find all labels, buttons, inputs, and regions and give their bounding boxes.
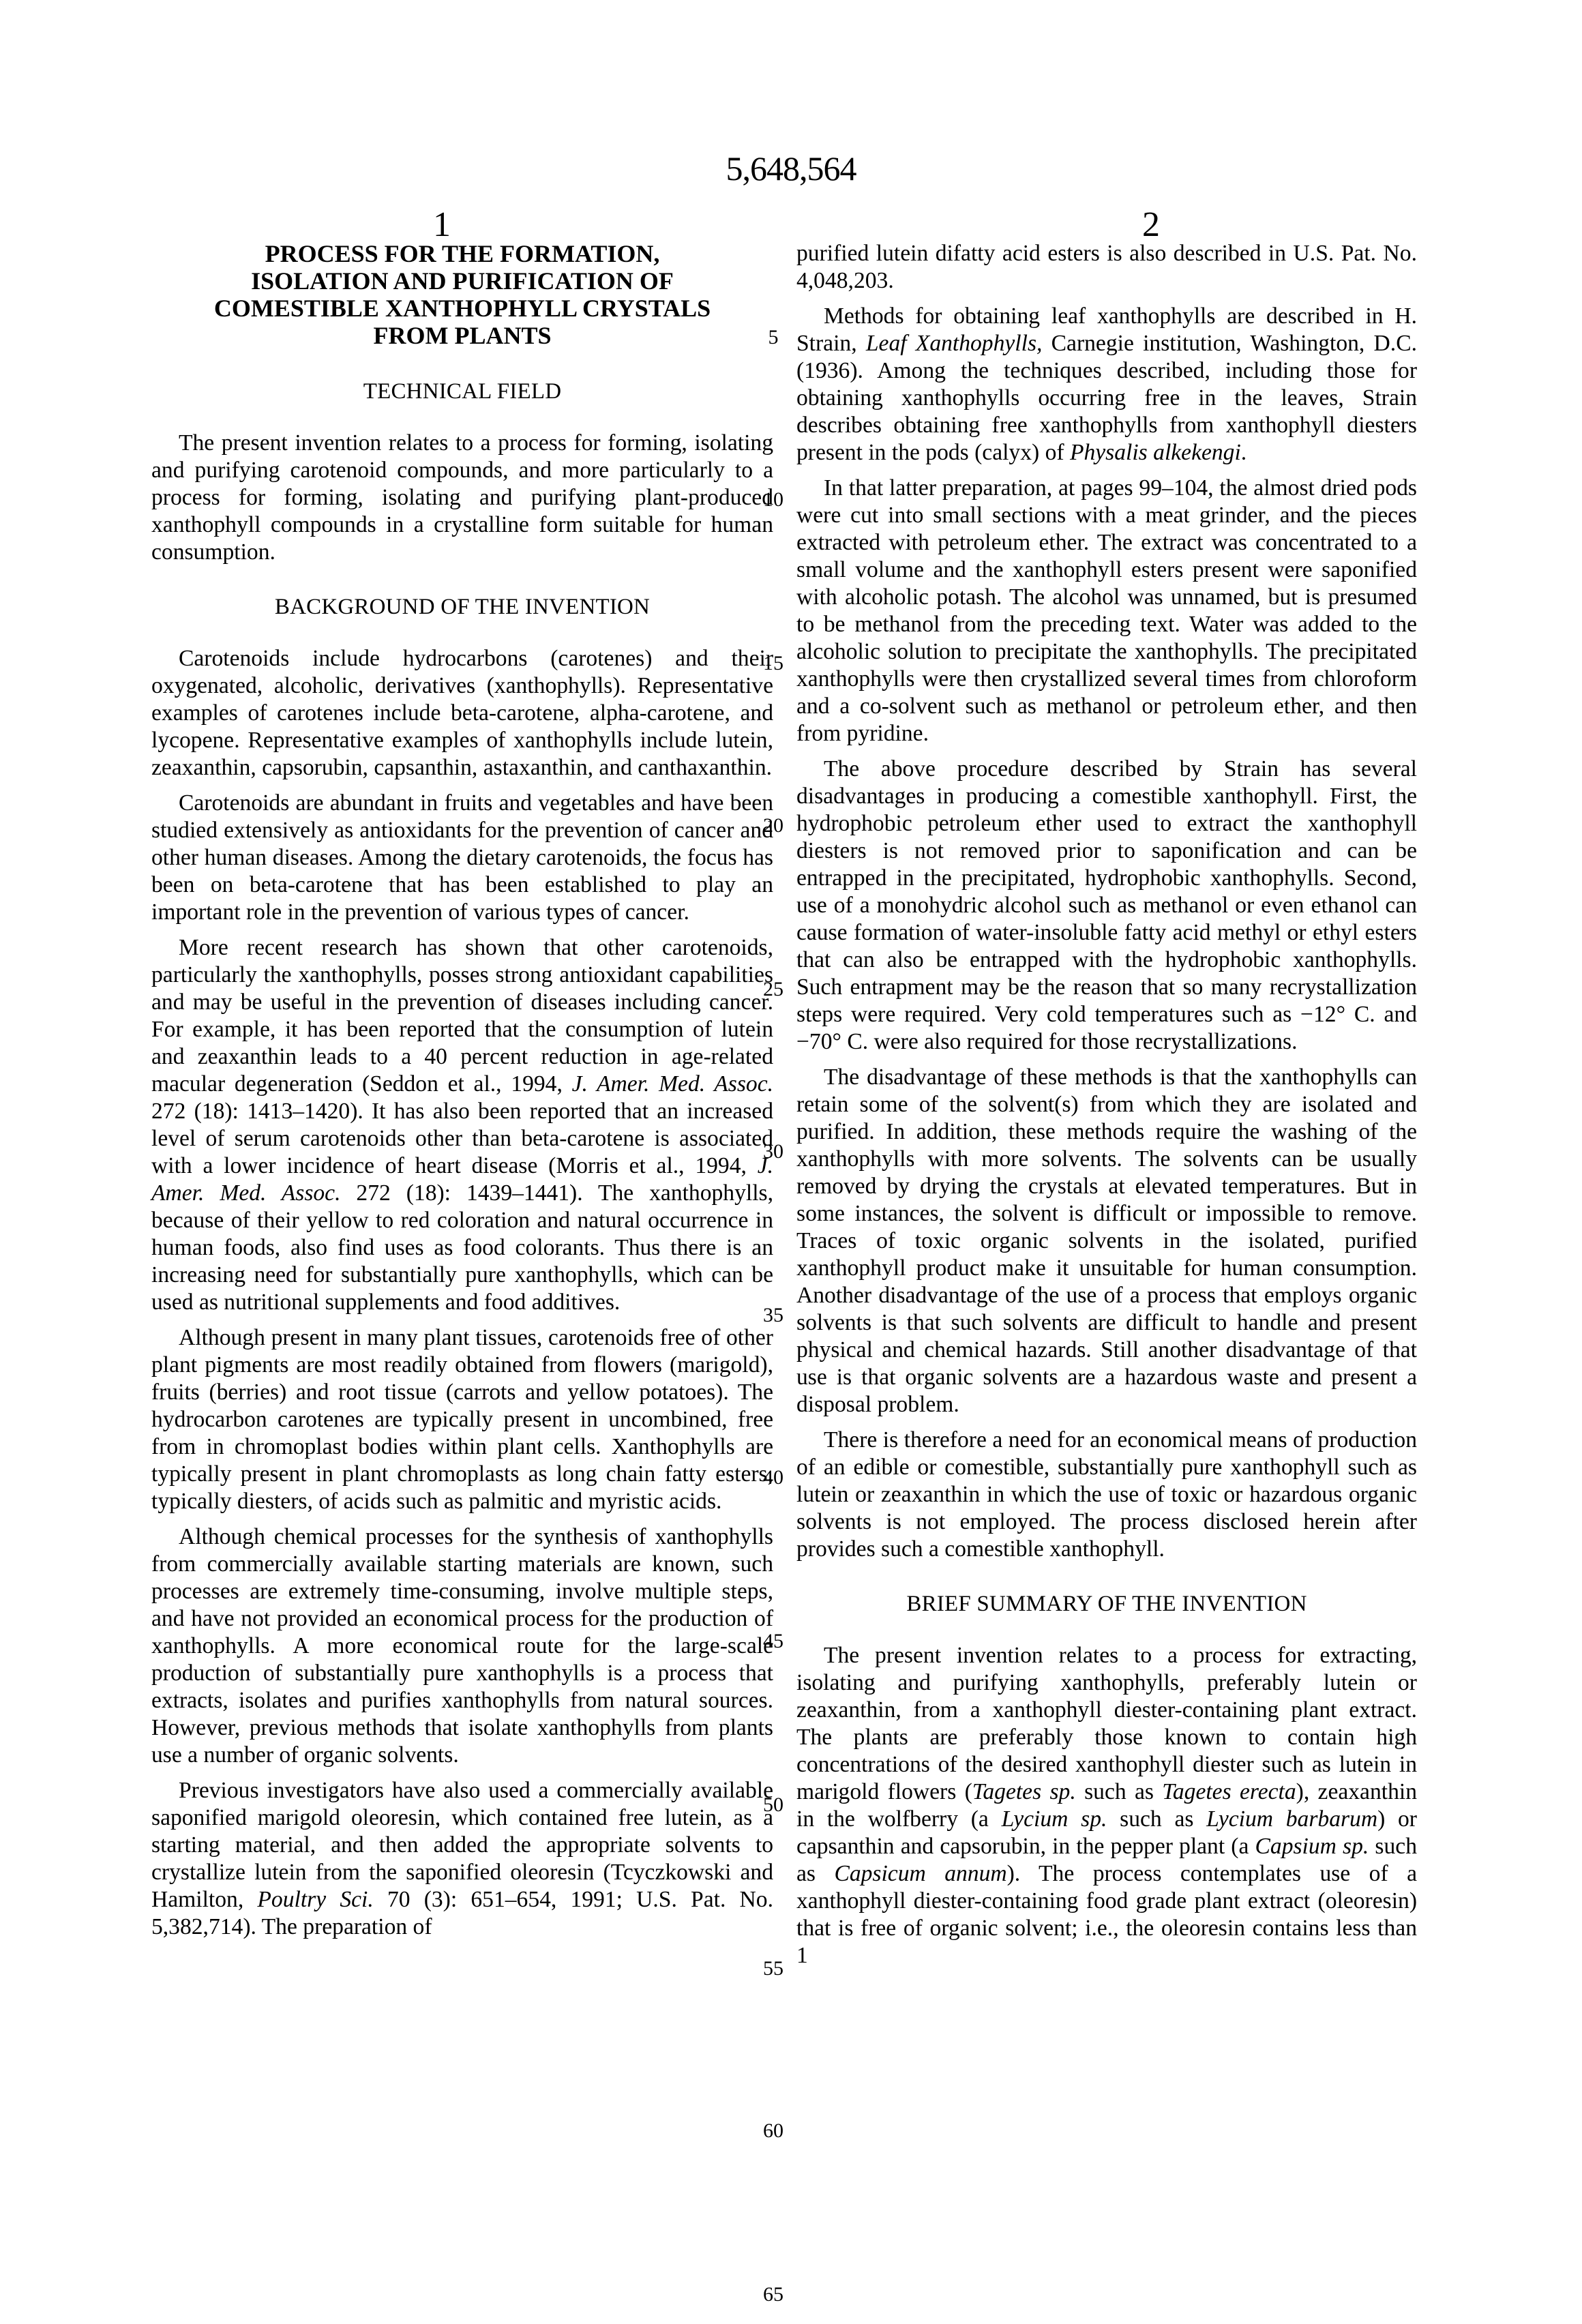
book-title: Leaf Xanthophylls, bbox=[866, 331, 1043, 356]
title-line: FROM PLANTS bbox=[151, 322, 773, 349]
title-line: ISOLATION AND PURIFICATION OF bbox=[151, 267, 773, 295]
line-number: 25 bbox=[758, 978, 788, 1001]
line-number: 35 bbox=[758, 1304, 788, 1327]
line-number: 65 bbox=[758, 2283, 788, 2306]
line-number: 15 bbox=[758, 652, 788, 675]
patent-number: 5,648,564 bbox=[0, 149, 1582, 188]
text-run: such as bbox=[1076, 1779, 1163, 1804]
species-name: Physalis alkekengi bbox=[1070, 440, 1241, 465]
title-line: COMESTIBLE XANTHOPHYLL CRYSTALS bbox=[151, 295, 773, 322]
technical-field-paragraph: The present invention relates to a proce… bbox=[151, 430, 773, 566]
line-number: 10 bbox=[758, 488, 788, 511]
body-paragraph: The above procedure described by Strain … bbox=[796, 756, 1417, 1056]
line-number: 45 bbox=[758, 1630, 788, 1653]
body-paragraph: There is therefore a need for an economi… bbox=[796, 1427, 1417, 1563]
line-number: 20 bbox=[758, 814, 788, 837]
technical-field-heading: TECHNICAL FIELD bbox=[151, 378, 773, 405]
column-number-left: 1 bbox=[421, 205, 462, 245]
species-name: Capsium sp. bbox=[1255, 1834, 1369, 1859]
body-paragraph: Methods for obtaining leaf xanthophylls … bbox=[796, 303, 1417, 466]
text-run: . bbox=[1241, 440, 1247, 465]
species-name: Tagetes erecta bbox=[1162, 1779, 1296, 1804]
line-number: 40 bbox=[758, 1466, 788, 1489]
species-name: Lycium barbarum bbox=[1206, 1806, 1377, 1832]
line-number: 50 bbox=[758, 1793, 788, 1817]
species-name: Tagetes sp. bbox=[972, 1779, 1076, 1804]
species-name: Lycium sp. bbox=[1002, 1806, 1107, 1832]
right-column: purified lutein difatty acid esters is a… bbox=[796, 240, 1417, 1978]
body-paragraph: In that latter preparation, at pages 99–… bbox=[796, 475, 1417, 747]
background-heading: BACKGROUND OF THE INVENTION bbox=[151, 593, 773, 621]
line-number: 30 bbox=[758, 1140, 788, 1163]
background-paragraph: Although chemical processes for the synt… bbox=[151, 1523, 773, 1769]
journal-citation: J. Amer. Med. Assoc. bbox=[572, 1071, 773, 1097]
background-paragraph: More recent research has shown that othe… bbox=[151, 934, 773, 1316]
column-number-right: 2 bbox=[1131, 205, 1171, 245]
title-line: PROCESS FOR THE FORMATION, bbox=[151, 240, 773, 267]
document-title: PROCESS FOR THE FORMATION, ISOLATION AND… bbox=[151, 240, 773, 349]
line-number: 55 bbox=[758, 1957, 788, 1980]
background-paragraph: Previous investigators have also used a … bbox=[151, 1777, 773, 1941]
line-number: 60 bbox=[758, 2119, 788, 2143]
body-paragraph: The disadvantage of these methods is tha… bbox=[796, 1064, 1417, 1418]
text-run: such as bbox=[1107, 1806, 1206, 1832]
continued-paragraph: purified lutein difatty acid esters is a… bbox=[796, 240, 1417, 295]
background-paragraph: Although present in many plant tissues, … bbox=[151, 1324, 773, 1515]
species-name: Capsicum annum bbox=[834, 1861, 1006, 1886]
background-paragraph: Carotenoids are abundant in fruits and v… bbox=[151, 790, 773, 926]
background-paragraph: Carotenoids include hydrocarbons (carote… bbox=[151, 645, 773, 781]
left-column: PROCESS FOR THE FORMATION, ISOLATION AND… bbox=[151, 240, 773, 1949]
journal-citation: Poultry Sci. bbox=[257, 1887, 373, 1912]
summary-heading: BRIEF SUMMARY OF THE INVENTION bbox=[796, 1590, 1417, 1618]
text-run: 272 (18): 1413–1420). It has also been r… bbox=[151, 1099, 773, 1178]
summary-paragraph: The present invention relates to a proce… bbox=[796, 1642, 1417, 1969]
line-number: 5 bbox=[758, 326, 788, 349]
